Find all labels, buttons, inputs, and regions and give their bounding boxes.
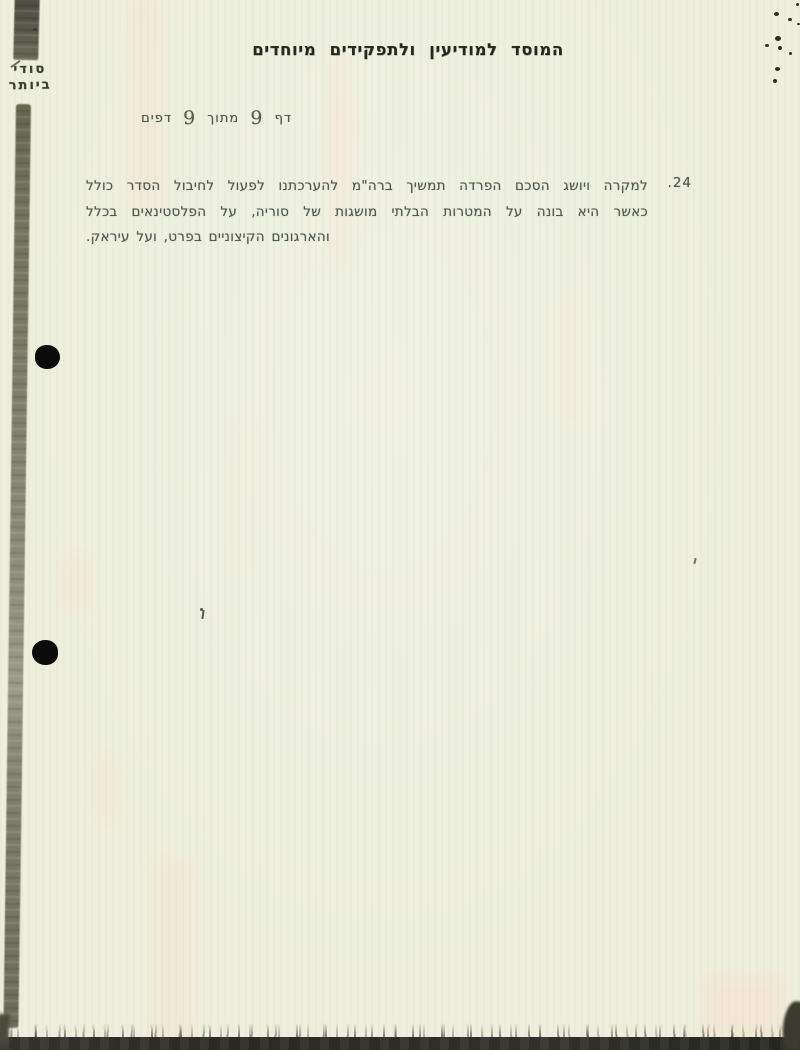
page-word: דף: [275, 111, 292, 126]
scan-stain: [558, 300, 584, 420]
paragraph-number: 24.: [650, 175, 692, 191]
hole-punch: [32, 640, 58, 665]
scan-stain: [58, 552, 94, 614]
scan-stain: [228, 420, 258, 570]
page-counter: דף 9 מתוך 9 דפים: [116, 105, 292, 127]
stamp-line: ביותר: [3, 77, 57, 93]
ink-speck: [33, 28, 37, 31]
pencil-mark: [201, 610, 204, 619]
ink-speck: [788, 18, 792, 21]
scan-stain: [148, 858, 196, 1043]
ink-speck: [775, 36, 781, 41]
bottom-edge-fuzz: [0, 1023, 800, 1038]
paragraph-line: והארגונים הקיצוניים בפרט, ועל עיראק.: [86, 225, 648, 251]
scan-stain: [92, 752, 124, 824]
paper-texture: [0, 0, 800, 1050]
total-page-number: 9: [183, 107, 196, 129]
bottom-edge-band: [0, 1037, 800, 1050]
hole-punch: [35, 345, 60, 369]
pages-word: דפים: [141, 111, 172, 126]
paragraph-line: למקרה ויושג הסכם הפרדה תמשיך ברה"מ להערכ…: [86, 174, 648, 200]
ink-speck: [789, 52, 792, 55]
paragraph-text: למקרה ויושג הסכם הפרדה תמשיך ברה"מ להערכ…: [86, 174, 648, 251]
ink-speck: [778, 46, 782, 50]
paragraph-line: כאשר היא בונה על המטרות הבלתי מושגות של …: [86, 200, 648, 226]
stamp-line: סודי: [3, 62, 57, 78]
ink-speck: [765, 44, 769, 47]
ink-speck: [796, 3, 799, 6]
pencil-mark: [693, 558, 696, 564]
of-word: מתוך: [207, 111, 239, 126]
scan-stain: [336, 95, 348, 180]
scanned-document-page: סודי ביותר המוסד למודיעין ולתפקידים מיוח…: [0, 0, 800, 1050]
ink-speck: [773, 79, 777, 83]
binding-strip: [3, 104, 31, 1028]
ink-speck: [775, 67, 780, 71]
pencil-mark: [200, 608, 203, 611]
page-number: 9: [250, 107, 263, 129]
ink-speck: [774, 12, 779, 16]
document-header-title: המוסד למודיעין ולתפקידים מיוחדים: [8, 40, 800, 59]
